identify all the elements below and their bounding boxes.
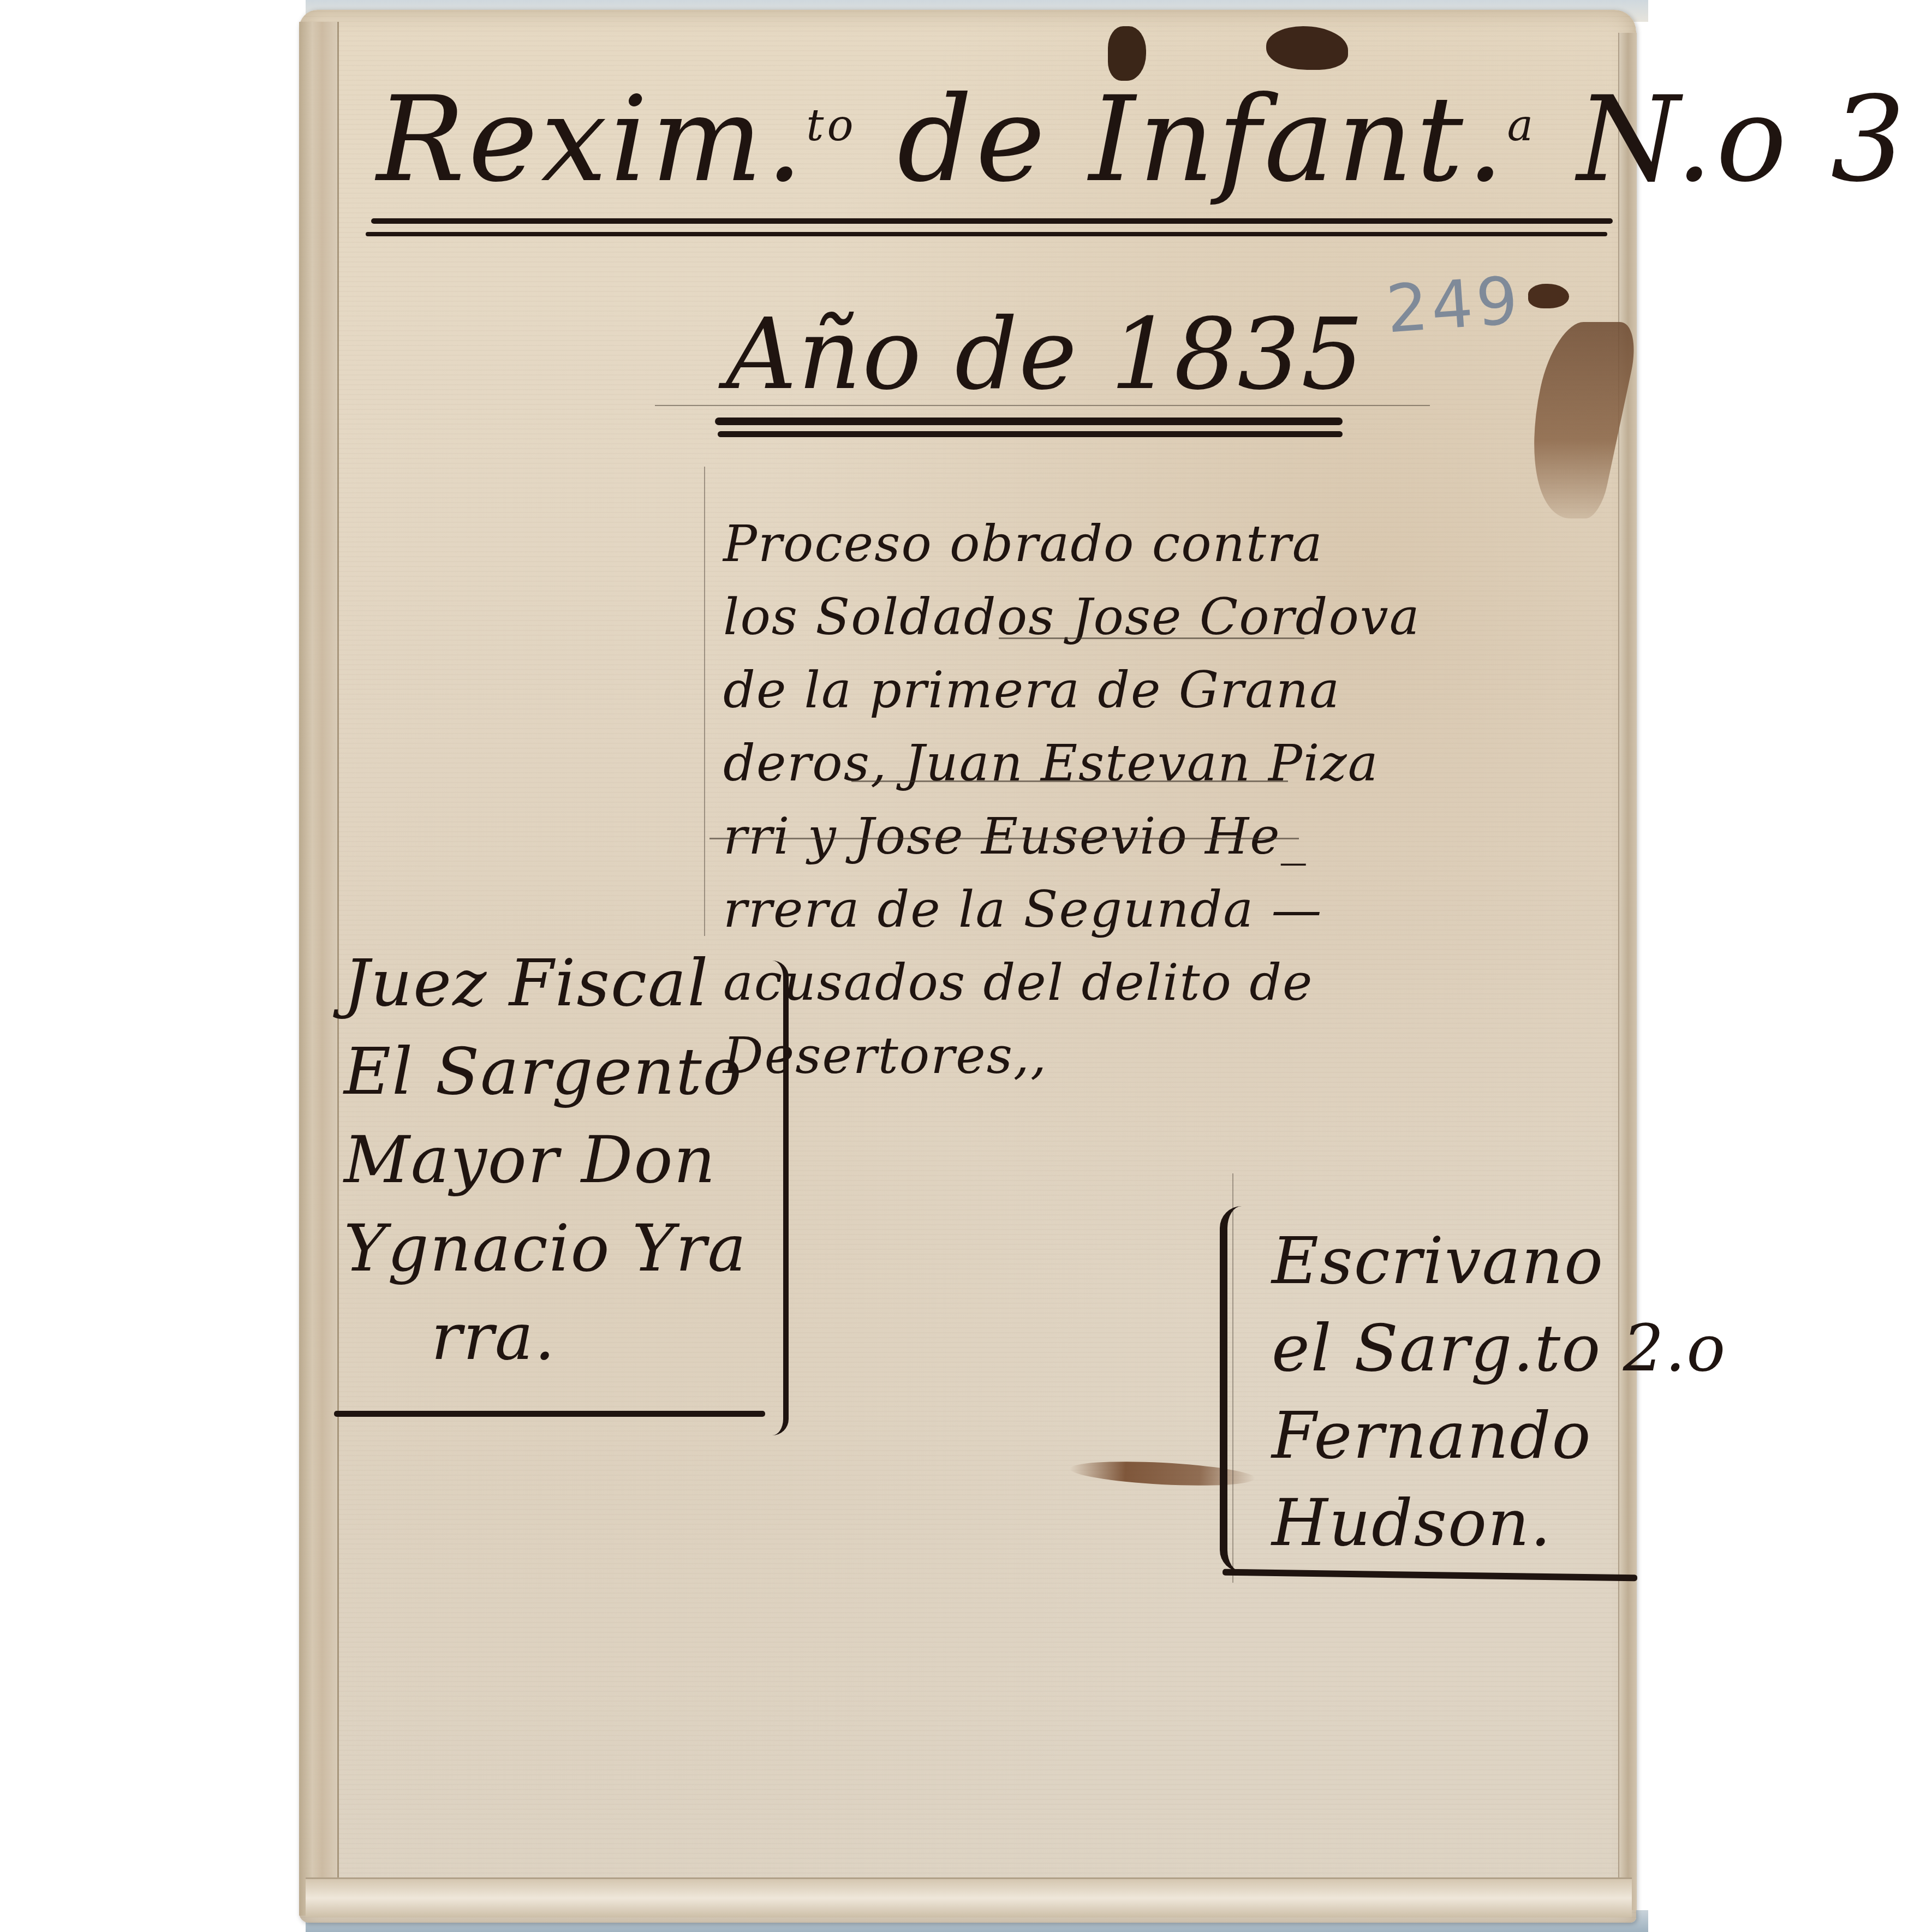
ink-stain xyxy=(1528,284,1569,308)
document-title: Rexim.to de Infant.a N.o 3 xyxy=(377,55,1599,211)
summary-line: rri y Jose Eusevio He_ xyxy=(723,800,1340,873)
judge-line: Mayor Don xyxy=(344,1116,770,1204)
judge-fiscal-block: Juez Fiscal El Sargento Mayor Don Ygnaci… xyxy=(344,939,770,1381)
name-underline xyxy=(851,780,1288,782)
year-heading: Año de 1835 xyxy=(726,289,1365,420)
name-underline xyxy=(709,838,1299,839)
summary-line: Proceso obrado contra xyxy=(723,508,1340,581)
bracket xyxy=(761,961,789,1435)
name-underline xyxy=(999,637,1304,639)
summary-line: de la primera de Grana xyxy=(723,654,1340,727)
summary-line: Desertores,, xyxy=(723,1019,1340,1093)
title-number-label: N.o xyxy=(1577,71,1790,208)
case-summary: Proceso obrado contra los Soldados Jose … xyxy=(723,508,1340,1093)
judge-heading: Juez Fiscal xyxy=(344,939,770,1027)
folio-number: 249 xyxy=(1384,263,1523,348)
notary-line: Hudson. xyxy=(1272,1479,1621,1566)
title-word-de: de xyxy=(897,71,1048,208)
notary-heading: Escrivano xyxy=(1272,1217,1621,1304)
ruled-margin-line xyxy=(704,467,705,936)
summary-line: rrera de la Segunda — xyxy=(723,873,1340,946)
title-word-regiment: Rexim. xyxy=(377,71,806,208)
notary-line: el Sarg.to 2.o xyxy=(1272,1304,1621,1392)
page-stack-right-edge xyxy=(1618,33,1637,1910)
judge-line: El Sargento xyxy=(344,1027,770,1116)
title-underline xyxy=(371,218,1613,224)
stitched-spine xyxy=(299,22,339,1916)
ruled-guide-line xyxy=(655,405,1430,406)
brace xyxy=(1220,1206,1252,1572)
notary-block: Escrivano el Sarg.to 2.o Fernando Hudson… xyxy=(1272,1217,1621,1566)
title-word-infantry: Infant. xyxy=(1089,71,1507,208)
title-number: 3 xyxy=(1830,71,1909,208)
year-underline xyxy=(715,418,1343,425)
year-underline xyxy=(718,431,1343,437)
judge-line: Ygnacio Yra xyxy=(344,1204,770,1292)
notary-line: Fernando xyxy=(1272,1392,1621,1479)
title-superscript: to xyxy=(806,100,856,151)
frayed-bottom-edge xyxy=(306,1877,1632,1917)
title-underline xyxy=(366,232,1607,236)
summary-line: deros, Juan Estevan Piza xyxy=(723,727,1340,800)
title-superscript: a xyxy=(1507,100,1537,151)
summary-line: los Soldados Jose Cordova xyxy=(723,581,1340,654)
summary-line: acusados del delito de xyxy=(723,946,1340,1019)
judge-underline xyxy=(334,1411,765,1417)
judge-line: rra. xyxy=(344,1292,770,1381)
